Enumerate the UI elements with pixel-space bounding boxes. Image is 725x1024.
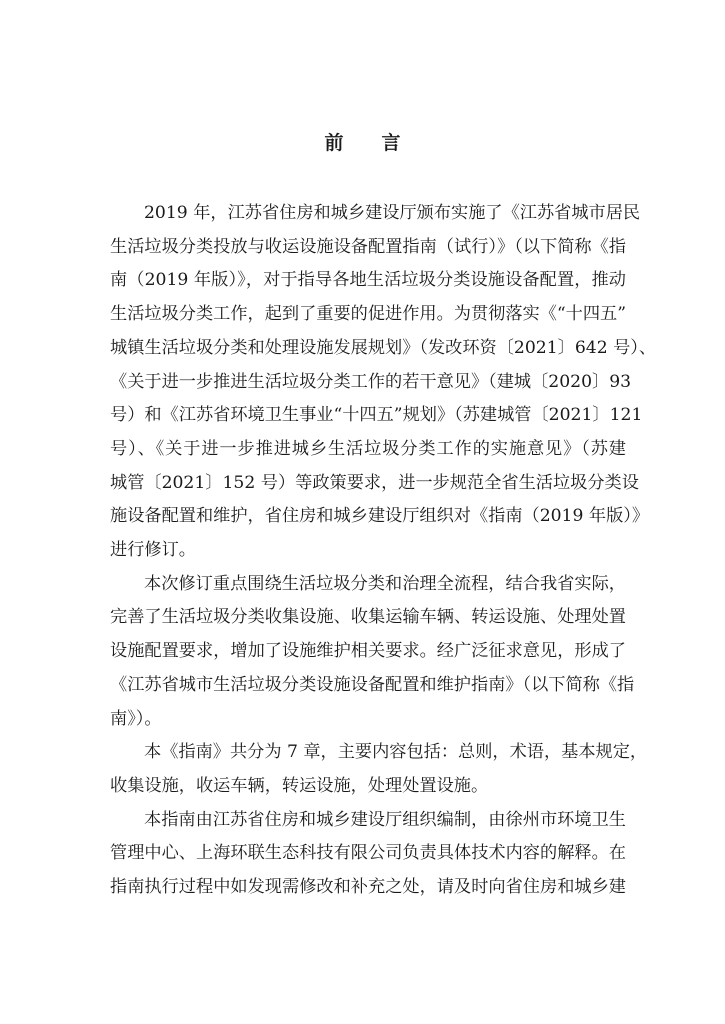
- text-line: 号）和《江苏省环境卫生事业“十四五”规划》（苏建城管〔2021〕121: [110, 402, 626, 428]
- text-line: 《江苏省城市生活垃圾分类设施设备配置和维护指南》（以下简称《指: [110, 672, 626, 698]
- text-line: 指南执行过程中如发现需修改和补充之处，请及时向省住房和城乡建: [110, 874, 626, 900]
- text-line: 城管〔2021〕152 号）等政策要求，进一步规范全省生活垃圾分类设: [110, 470, 626, 496]
- text-line: 本《指南》共分为 7 章，主要内容包括：总则，术语，基本规定，: [110, 739, 626, 765]
- text-line: 施设备配置和维护，省住房和城乡建设厅组织对《指南（2019 年版）》: [110, 503, 626, 529]
- text-line: 城镇生活垃圾分类和处理设施发展规划》（发改环资〔2021〕642 号）、: [110, 335, 626, 361]
- text-line: 2019 年，江苏省住房和城乡建设厅颁布实施了《江苏省城市居民: [110, 200, 626, 226]
- page-title: 前言: [0, 128, 725, 155]
- text-line: 号）、《关于进一步推进城乡生活垃圾分类工作的实施意见》（苏建: [110, 436, 626, 462]
- text-line: 《关于进一步推进生活垃圾分类工作的若干意见》（建城〔2020〕93: [110, 369, 626, 395]
- text-line: 南》）。: [110, 706, 626, 732]
- text-line: 生活垃圾分类工作，起到了重要的促进作用。为贯彻落实《“十四五”: [110, 301, 626, 327]
- text-line: 进行修订。: [110, 537, 626, 563]
- text-line: 收集设施，收运车辆，转运设施，处理处置设施。: [110, 773, 626, 799]
- text-line: 管理中心、上海环联生态科技有限公司负责具体技术内容的解释。在: [110, 840, 626, 866]
- text-line: 本指南由江苏省住房和城乡建设厅组织编制，由徐州市环境卫生: [110, 807, 626, 833]
- text-line: 本次修订重点围绕生活垃圾分类和治理全流程，结合我省实际，: [110, 571, 626, 597]
- text-line: 南（2019 年版）》，对于指导各地生活垃圾分类设施设备配置，推动: [110, 267, 626, 293]
- text-line: 设施配置要求，增加了设施维护相关要求。经广泛征求意见，形成了: [110, 638, 626, 664]
- text-line: 完善了生活垃圾分类收集设施、收集运输车辆、转运设施、处理处置: [110, 604, 626, 630]
- text-line: 生活垃圾分类投放与收运设施设备配置指南（试行）》（以下简称《指: [110, 234, 626, 260]
